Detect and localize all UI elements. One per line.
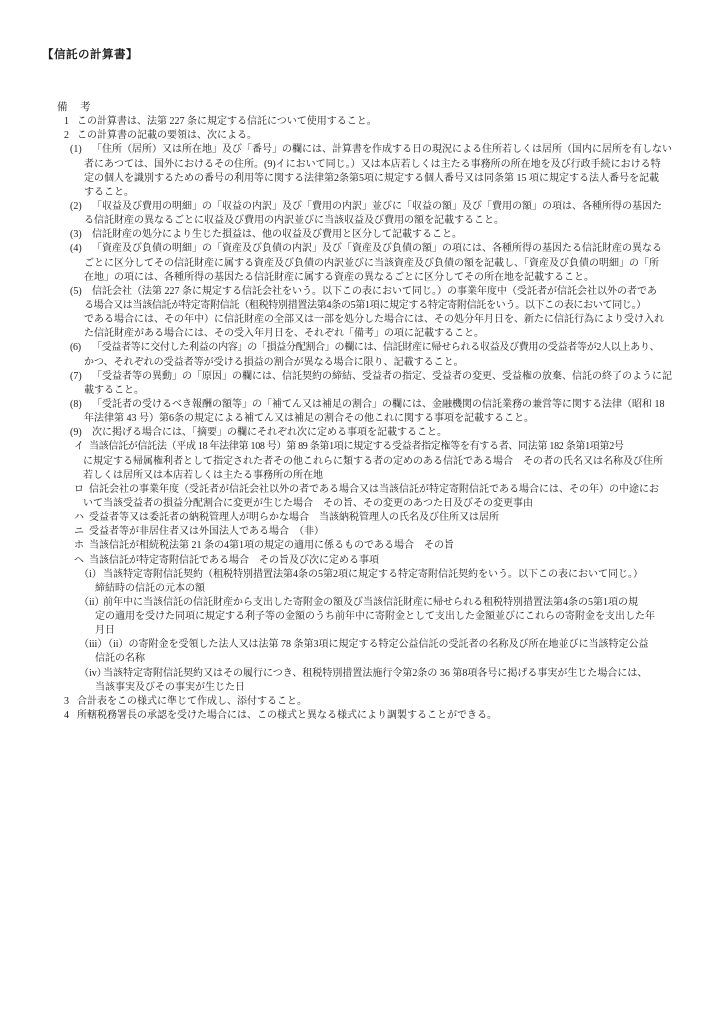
note-line-marker: (2) [70, 200, 92, 214]
note-line: ヘ当該信託が特定寄附信託である場合 その旨及び次に定める事項 [0, 554, 724, 568]
note-line: ハ受益者等又は委託者の納税管理人が明らかな場合 当該納税管理人の氏名及び住所又は… [0, 511, 724, 525]
note-line-text: 合計表をこの様式に準じて作成し、添付すること。 [77, 696, 307, 707]
note-line-marker: 1 [64, 115, 77, 129]
note-line: 1この計算書は、法第 227 条に規定する信託について使用すること。 [0, 115, 724, 129]
note-line: (2)「収益及び費用の明細」の「収益の内訳」及び「費用の内訳」並びに「収益の額」… [0, 200, 724, 214]
note-line-marker: (9) [70, 426, 92, 440]
note-line-text: 「受益者等に交付した利益の内容」の「損益分配割合」の欄には、信託財産に帰せられる… [92, 342, 659, 353]
note-line: 2この計算書の記載の要領は、次による。 [0, 129, 724, 143]
note-line: （ii）前年中に当該信託の信託財産から支出した寄附金の額及び当該信託財産に帰せら… [0, 596, 724, 610]
note-line: 在地」の項には、各種所得の基因たる信託財産に属する資産の異なるごとに区分してその… [0, 271, 724, 285]
notes-body: 備 考 1この計算書は、法第 227 条に規定する信託について使用すること。2こ… [0, 101, 724, 723]
note-line-text: 締結時の信託の元本の額 [95, 583, 205, 594]
note-line: イ当該信託が信託法（平成 18 年法律第 108 号）第 89 条第1項に規定す… [0, 440, 724, 454]
note-line-text: この計算書は、法第 227 条に規定する信託について使用すること。 [77, 116, 377, 127]
note-line-text: 当該特定寄附信託契約（租税特別措置法第4条の5第2項に規定する特定寄附信託契約を… [103, 569, 643, 580]
note-line: る信託財産の異なるごとに収益及び費用の内訳並びに当該収益及び費用の額を記載するこ… [0, 214, 724, 228]
note-line: た信託財産がある場合には、その受入年月日を、それぞれ「備考」の項に記載すること。 [0, 327, 724, 341]
note-line-text: た信託財産がある場合には、その受入年月日を、それぞれ「備考」の項に記載すること。 [84, 328, 484, 339]
note-line: かつ、それぞれの受益者等が受ける損益の割合が異なる場合に限り、記載すること。 [0, 356, 724, 370]
note-line-text: 「収益及び費用の明細」の「収益の内訳」及び「費用の内訳」並びに「収益の額」及び「… [92, 201, 662, 212]
note-line-marker: 4 [64, 709, 77, 723]
note-line-marker: ハ [74, 511, 89, 525]
note-line-marker: (7) [70, 370, 92, 384]
note-line-text: この計算書の記載の要領は、次による。 [77, 130, 257, 141]
note-line-marker: イ [74, 440, 89, 454]
note-line: に規定する帰属権利者として指定された者その他これらに類する者の定めのある信託であ… [0, 455, 724, 469]
note-line-marker: (8) [70, 398, 92, 412]
notes-heading: 備 考 [0, 101, 724, 115]
note-line-text: 「受益者等の異動」の「原因」の欄には、信託契約の締結、受益者の指定、受益者の変更… [92, 371, 672, 382]
note-line-marker: ニ [74, 525, 89, 539]
note-line-text: 月日 [95, 625, 115, 636]
note-line-text: 受益者等が非居住者又は外国法人である場合 （非） [89, 526, 324, 537]
note-line-marker: （i） [79, 568, 103, 582]
note-line-text: である場合には、その年中）に信託財産の全部又は一部を処分した場合には、その処分年… [84, 314, 664, 325]
note-line: 定の適用を受けた同項に規定する利子等の金額のうち前年中に寄附金として支出した金額… [0, 610, 724, 624]
note-line: 3合計表をこの様式に準じて作成し、添付すること。 [0, 695, 724, 709]
note-line: 載すること。 [0, 384, 724, 398]
note-line-text: る信託財産の異なるごとに収益及び費用の内訳並びに当該収益及び費用の額を記載するこ… [84, 215, 504, 226]
note-line-marker: (6) [70, 341, 92, 355]
note-line: (6)「受益者等に交付した利益の内容」の「損益分配割合」の欄には、信託財産に帰せ… [0, 341, 724, 355]
note-line: 信託の名称 [0, 652, 724, 666]
note-line-text: 年法律第 43 号）第6条の規定による補てん又は補足の割合その他これに関する事項… [84, 413, 534, 424]
note-line-marker: （iii） [79, 638, 103, 652]
note-line: （i）当該特定寄附信託契約（租税特別措置法第4条の5第2項に規定する特定寄附信託… [0, 568, 724, 582]
note-line: ホ当該信託が相続税法第 21 条の4第1項の規定の適用に係るものである場合 その… [0, 539, 724, 553]
note-line: 者にあつては、国外におけるその住所。(9)イにおいて同じ。）又は本店若しくは主た… [0, 158, 724, 172]
note-line-text: 定の適用を受けた同項に規定する利子等の金額のうち前年中に寄附金として支出した金額… [95, 611, 655, 622]
note-line: （iii）（ii）の寄附金を受領した法人又は法第 78 条第3項に規定する特定公… [0, 638, 724, 652]
note-line-text: 所轄税務署長の承認を受けた場合には、この様式と異なる様式により調製することができ… [77, 710, 497, 721]
note-line: (9)次に掲げる場合には、「摘要」の欄にそれぞれ次に定める事項を記載すること。 [0, 426, 724, 440]
note-line-text: いて当該受益者の損益分配割合に変更が生じた場合 その旨、その変更のあつた日及びそ… [83, 498, 533, 509]
note-line-text: 在地」の項には、各種所得の基因たる信託財産に属する資産の異なるごとに区分してその… [84, 272, 594, 283]
note-line: る場合又は当該信託が特定寄附信託（租税特別措置法第4条の5第1項に規定する特定寄… [0, 299, 724, 313]
note-line-marker: ロ [74, 483, 89, 497]
note-line-text: かつ、それぞれの受益者等が受ける損益の割合が異なる場合に限り、記載すること。 [84, 357, 464, 368]
note-line-marker: 2 [64, 129, 77, 143]
note-line: (5)信託会社（法第 227 条に規定する信託会社をいう。以下この表において同じ… [0, 285, 724, 299]
note-line-marker: (3) [70, 228, 92, 242]
note-line: ニ受益者等が非居住者又は外国法人である場合 （非） [0, 525, 724, 539]
note-line-text: すること。 [84, 187, 134, 198]
note-line: 月日 [0, 624, 724, 638]
note-line-text: 信託会社（法第 227 条に規定する信託会社をいう。以下この表において同じ。）の… [92, 286, 657, 297]
note-line-text: 者にあつては、国外におけるその住所。(9)イにおいて同じ。）又は本店若しくは主た… [84, 159, 661, 170]
note-line: すること。 [0, 186, 724, 200]
note-line-text: 「資産及び負債の明細」の「資産及び負債の内訳」及び「資産及び負債の額」の項には、… [92, 243, 662, 254]
document-page: 【信託の計算書】 備 考 1この計算書は、法第 227 条に規定する信託について… [0, 0, 724, 1024]
note-line-marker: 3 [64, 695, 77, 709]
note-line-text: 受益者等又は委託者の納税管理人が明らかな場合 当該納税管理人の氏名及び住所又は居… [89, 512, 499, 523]
note-line-text: 次に掲げる場合には、「摘要」の欄にそれぞれ次に定める事項を記載すること。 [92, 427, 447, 438]
note-line-text: 当該信託が信託法（平成 18 年法律第 108 号）第 89 条第1項に規定する… [89, 441, 624, 452]
note-line-text: 前年中に当該信託の信託財産から支出した寄附金の額及び当該信託財産に帰せられる租税… [103, 597, 638, 608]
note-line: 若しくは居所又は本店若しくは主たる事務所の所在地 [0, 469, 724, 483]
note-line-text: る場合又は当該信託が特定寄附信託（租税特別措置法第4条の5第1項に規定する特定寄… [84, 300, 646, 311]
note-line: 締結時の信託の元本の額 [0, 582, 724, 596]
note-line-marker: （ii） [79, 596, 103, 610]
note-line-text: 「受託者の受けるべき報酬の額等」の「補てん又は補足の割合」の欄には、金融機関の信… [92, 399, 665, 410]
note-line-text: 信託会社の事業年度（受託者が信託会社以外の者である場合又は当該信託が特定寄附信託… [89, 484, 659, 495]
note-line-marker: （iv） [79, 667, 103, 681]
note-line-text: 定の個人を識別するための番号の利用等に関する法律第2条第5項に規定する個人番号又… [84, 173, 659, 184]
note-line: ロ信託会社の事業年度（受託者が信託会社以外の者である場合又は当該信託が特定寄附信… [0, 483, 724, 497]
note-line: （iv）当該特定寄附信託契約又はその履行につき、租税特別措置法施行令第2条の 3… [0, 667, 724, 681]
note-line: (7)「受益者等の異動」の「原因」の欄には、信託契約の締結、受益者の指定、受益者… [0, 370, 724, 384]
note-line-text: 当該信託が特定寄附信託である場合 その旨及び次に定める事項 [89, 555, 379, 566]
document-title: 【信託の計算書】 [42, 46, 138, 62]
note-line-text: 「住所（居所）又は所在地」及び「番号」の欄には、計算書を作成する日の現況による住… [92, 144, 672, 155]
note-line-marker: ホ [74, 539, 89, 553]
note-line-text: に規定する帰属権利者として指定された者その他これらに類する者の定めのある信託であ… [83, 456, 663, 467]
note-line-text: 当該特定寄附信託契約又はその履行につき、租税特別措置法施行令第2条の 36 第8… [103, 668, 647, 679]
note-line: 4所轄税務署長の承認を受けた場合には、この様式と異なる様式により調製することがで… [0, 709, 724, 723]
note-line: (3)信託財産の処分により生じた損益は、他の収益及び費用と区分して記載すること。 [0, 228, 724, 242]
note-line-text: （ii）の寄附金を受領した法人又は法第 78 条第3項に規定する特定公益信託の受… [103, 639, 649, 650]
note-line: である場合には、その年中）に信託財産の全部又は一部を処分した場合には、その処分年… [0, 313, 724, 327]
note-line-marker: (4) [70, 242, 92, 256]
note-line-marker: ヘ [74, 554, 89, 568]
note-line-text: 信託財産の処分により生じた損益は、他の収益及び費用と区分して記載すること。 [92, 229, 462, 240]
note-line: ごとに区分してその信託財産に属する資産及び負債の内訳並びに当該資産及び負債の額を… [0, 257, 724, 271]
note-line-text: 当該事実及びその事実が生じた日 [95, 682, 245, 693]
note-line-text: ごとに区分してその信託財産に属する資産及び負債の内訳並びに当該資産及び負債の額を… [84, 258, 659, 269]
note-line-text: 当該信託が相続税法第 21 条の4第1項の規定の適用に係るものである場合 その旨 [89, 540, 454, 551]
note-line: 当該事実及びその事実が生じた日 [0, 681, 724, 695]
note-line-text: 載すること。 [84, 385, 144, 396]
note-line: いて当該受益者の損益分配割合に変更が生じた場合 その旨、その変更のあつた日及びそ… [0, 497, 724, 511]
note-line: 定の個人を識別するための番号の利用等に関する法律第2条第5項に規定する個人番号又… [0, 172, 724, 186]
note-line-text: 信託の名称 [95, 653, 145, 664]
note-line: (1)「住所（居所）又は所在地」及び「番号」の欄には、計算書を作成する日の現況に… [0, 143, 724, 157]
note-line: 年法律第 43 号）第6条の規定による補てん又は補足の割合その他これに関する事項… [0, 412, 724, 426]
note-line: (8)「受託者の受けるべき報酬の額等」の「補てん又は補足の割合」の欄には、金融機… [0, 398, 724, 412]
note-line-text: 若しくは居所又は本店若しくは主たる事務所の所在地 [83, 470, 323, 481]
note-line-marker: (1) [70, 143, 92, 157]
note-line-marker: (5) [70, 285, 92, 299]
note-line: (4)「資産及び負債の明細」の「資産及び負債の内訳」及び「資産及び負債の額」の項… [0, 242, 724, 256]
